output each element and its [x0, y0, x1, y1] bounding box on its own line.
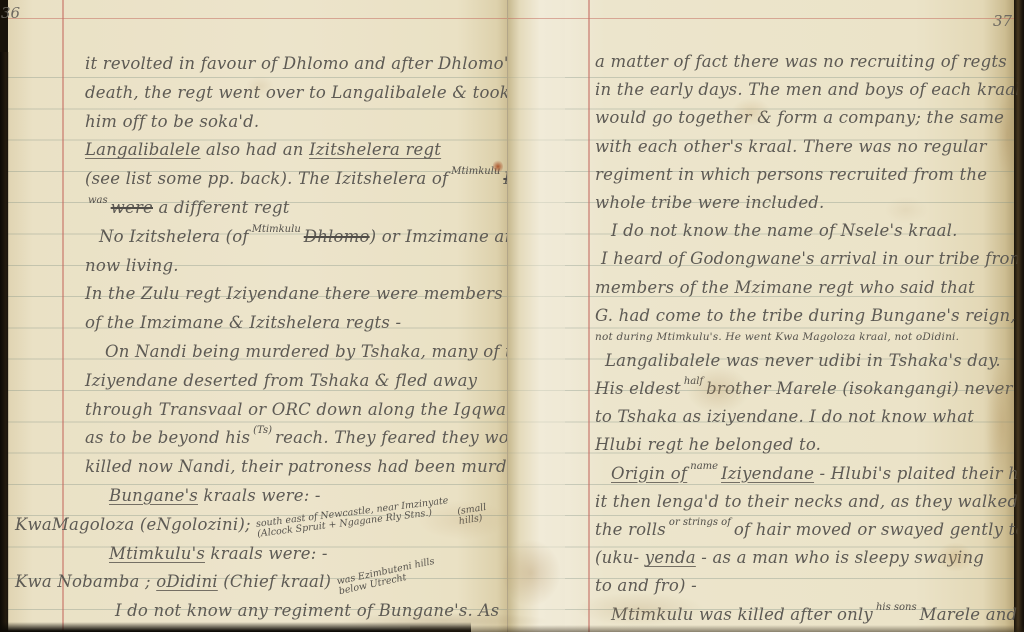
text-segment: killed now Nandi, their patroness had be… — [85, 457, 551, 476]
book-edge-bottom — [410, 625, 1024, 632]
handwritten-line: now living. — [85, 252, 521, 281]
right-page: 37 a matter of fact there was no recruit… — [565, 0, 1014, 632]
text-segment: Mtimkulu — [451, 166, 500, 177]
text-segment: to Tshaka as iziyendane. I do not know w… — [595, 407, 974, 426]
handwritten-line: in the early days. The men and boys of e… — [595, 76, 1019, 104]
handwritten-line: through Transvaal or ORC down along the … — [85, 396, 521, 425]
text-segment: through Transvaal or ORC down along the … — [85, 400, 530, 419]
handwritten-line: it revolted in favour of Dhlomo and afte… — [85, 50, 521, 79]
book-edge-left — [0, 52, 9, 632]
handwritten-line: G. had come to the tribe during Bungane'… — [595, 302, 1019, 330]
text-segment: I heard of Godongwane's arrival in our t… — [601, 249, 1024, 268]
top-margin-line — [508, 18, 566, 19]
handwritten-line: to and fro) - — [595, 572, 1019, 600]
text-segment: In the Zulu regt Iziyendane there were m… — [85, 284, 503, 303]
handwritten-line: On Nandi being murdered by Tshaka, many … — [85, 338, 521, 367]
note-row: hills) — [458, 513, 489, 527]
handwritten-line: the rollsor strings ofof hair moved or s… — [595, 516, 1019, 544]
interlinear-note: (smallhills) — [457, 503, 489, 527]
text-segment: of hair moved or swayed gently to & fro — [734, 520, 1024, 539]
handwritten-line: (see list some pp. back). The Izitsheler… — [85, 165, 521, 194]
text-segment: Iziyendane — [721, 464, 814, 483]
handwritten-line: would go together & form a company; the … — [595, 104, 1019, 132]
handwritten-line: Langalibalele was never udibi in Tshaka'… — [595, 347, 1019, 375]
text-segment: (Ts) — [253, 425, 272, 436]
text-segment: now living. — [85, 256, 179, 275]
text-segment: On Nandi being murdered by Tshaka, many … — [105, 342, 533, 361]
text-segment: a different regt — [153, 198, 290, 217]
handwritten-line: No Izitshelera (ofMtimkuluDhlomo) or Imz… — [85, 223, 521, 252]
handwritten-line: Langalibalele also had an Izitshelera re… — [85, 136, 521, 165]
text-segment: G. had come to the tribe during Bungane'… — [595, 306, 1016, 325]
handwritten-line: Kwa Nobamba ; oDidini (Chief kraal) was … — [15, 568, 521, 597]
left-page: 36 it revolted in favour of Dhlomo and a… — [8, 0, 507, 632]
text-segment: it then lenga'd to their necks and, as t… — [595, 492, 1024, 511]
text-segment: KwaMagoloza (eNgolozini); — [15, 515, 256, 534]
text-segment: Origin of — [611, 464, 687, 483]
handwritten-line: waswere a different regt — [85, 194, 521, 223]
handwritten-line: members of the Mzimane regt who said tha… — [595, 274, 1019, 302]
handwritten-line: Mtimkulu's kraals were: - — [85, 540, 521, 569]
text-segment: to and fro) - — [595, 576, 697, 595]
handwritten-line: Hlubi regt he belonged to. — [595, 431, 1019, 459]
text-segment: Dhlomo — [304, 227, 370, 246]
handwritten-line: regiment in which persons recruited from… — [595, 161, 1019, 189]
text-segment: him off to be soka'd. — [85, 112, 259, 131]
handwritten-line: death, the regt went over to Langalibale… — [85, 79, 521, 108]
text-segment: or strings of — [669, 517, 731, 528]
handwritten-line: him off to be soka'd. — [85, 108, 521, 137]
text-segment: I do not know the name of Nsele's kraal. — [611, 221, 958, 240]
handwritten-line: not during Mtimkulu's. He went Kwa Magol… — [595, 330, 1019, 347]
text-segment: Iziyendane deserted from Tshaka & fled a… — [85, 371, 477, 390]
handwritten-line: (uku- yenda - as a man who is sleepy swa… — [595, 544, 1019, 572]
text-segment: would go together & form a company; the … — [595, 108, 1004, 127]
page-number-right: 37 — [993, 12, 1012, 30]
text-segment: it revolted in favour of Dhlomo and afte… — [85, 54, 517, 73]
handwritten-line: as to be beyond his(Ts)reach. They feare… — [85, 424, 521, 453]
text-segment: (uku- — [595, 548, 645, 567]
text-segment: as to be beyond his — [85, 428, 250, 447]
text-segment: Mtimkulu was killed after only — [611, 605, 873, 624]
text-segment: half — [684, 376, 703, 387]
text-segment: Langalibalele — [85, 140, 200, 159]
handwritten-line: His eldesthalfbrother Marele (isokangang… — [595, 375, 1019, 403]
handwritten-line: In the Zulu regt Iziyendane there were m… — [85, 280, 521, 309]
text-segment: No Izitshelera (of — [99, 227, 249, 246]
text-segment: Mtimkulu — [252, 224, 301, 235]
text-segment: the rolls — [595, 520, 666, 539]
notebook-photo: 36 it revolted in favour of Dhlomo and a… — [0, 0, 1024, 632]
text-segment: Langalibalele was never udibi in Tshaka'… — [605, 351, 1001, 370]
handwritten-line: I heard of Godongwane's arrival in our t… — [595, 245, 1019, 273]
text-segment: his sons — [876, 602, 917, 613]
text-segment: Kwa Nobamba ; — [15, 572, 156, 591]
text-segment: brother Marele (isokangangi) never went — [706, 379, 1024, 398]
text-segment: - as a man who is sleepy swaying — [696, 548, 984, 567]
text-segment: regiment in which persons recruited from… — [595, 165, 987, 184]
top-margin-line — [8, 18, 507, 19]
text-segment: was — [88, 195, 108, 206]
text-segment: not during Mtimkulu's. He went Kwa Magol… — [595, 331, 959, 343]
text-segment: Mtimkulu's — [109, 544, 205, 563]
text-segment: of the Imzimane & Izitshelera regts - — [85, 313, 401, 332]
text-segment: with each other's kraal. There was no re… — [595, 137, 987, 156]
text-segment: death, the regt went over to Langalibale… — [85, 83, 510, 102]
handwritten-line: with each other's kraal. There was no re… — [595, 133, 1019, 161]
handwritten-line: to Tshaka as iziyendane. I do not know w… — [595, 403, 1019, 431]
text-segment: (Chief kraal) — [218, 572, 337, 591]
text-segment: Marele and — [920, 605, 1018, 624]
text-segment: in the early days. The men and boys of e… — [595, 80, 1021, 99]
binding-gutter — [507, 0, 566, 632]
text-segment: kraals were: - — [205, 544, 328, 563]
text-segment: (see list some pp. back). The Izitsheler… — [85, 169, 448, 188]
text-segment: Hlubi regt he belonged to. — [595, 435, 821, 454]
right-page-text: a matter of fact there was no recruiting… — [595, 48, 1019, 629]
handwritten-line: KwaMagoloza (eNgolozini); south east of … — [15, 511, 521, 540]
text-segment: whole tribe were included. — [595, 193, 825, 212]
handwritten-line: I do not know the name of Nsele's kraal. — [595, 217, 1019, 245]
book-edge-right — [1014, 0, 1024, 632]
handwritten-line: Origin ofnameIziyendane - Hlubi's plaite… — [595, 460, 1019, 488]
text-segment: oDidini — [156, 572, 218, 591]
handwritten-line: a matter of fact there was no recruiting… — [595, 48, 1019, 76]
text-segment: yenda — [645, 548, 696, 567]
top-margin-line — [565, 18, 1014, 19]
handwritten-line: it then lenga'd to their necks and, as t… — [595, 488, 1019, 516]
left-page-text: it revolted in favour of Dhlomo and afte… — [85, 50, 521, 626]
text-segment: I do not know any regiment of Bungane's.… — [115, 601, 499, 620]
text-segment: Bungane's — [109, 486, 198, 505]
handwritten-line: killed now Nandi, their patroness had be… — [85, 453, 521, 482]
text-segment: name — [690, 461, 718, 472]
text-segment: His eldest — [595, 379, 681, 398]
text-segment: - Hlubi's plaited their hair, — [814, 464, 1024, 483]
handwritten-line: Iziyendane deserted from Tshaka & fled a… — [85, 367, 521, 396]
handwritten-line: of the Imzimane & Izitshelera regts - — [85, 309, 521, 338]
page-number-left: 36 — [1, 4, 20, 22]
ruled-lines — [508, 77, 566, 632]
text-segment: were — [111, 198, 153, 217]
text-segment: ) or Imzimane are — [370, 227, 523, 246]
text-segment: members of the Mzimane regt who said tha… — [595, 278, 975, 297]
text-segment: a matter of fact there was no recruiting… — [595, 52, 1007, 71]
text-segment: also had an — [200, 140, 309, 159]
text-segment: kraals were: - — [198, 486, 321, 505]
book-edge-bottom — [0, 622, 471, 632]
red-margin-line — [588, 0, 590, 632]
handwritten-line: whole tribe were included. — [595, 189, 1019, 217]
text-segment: Izitshelera regt — [309, 140, 441, 159]
